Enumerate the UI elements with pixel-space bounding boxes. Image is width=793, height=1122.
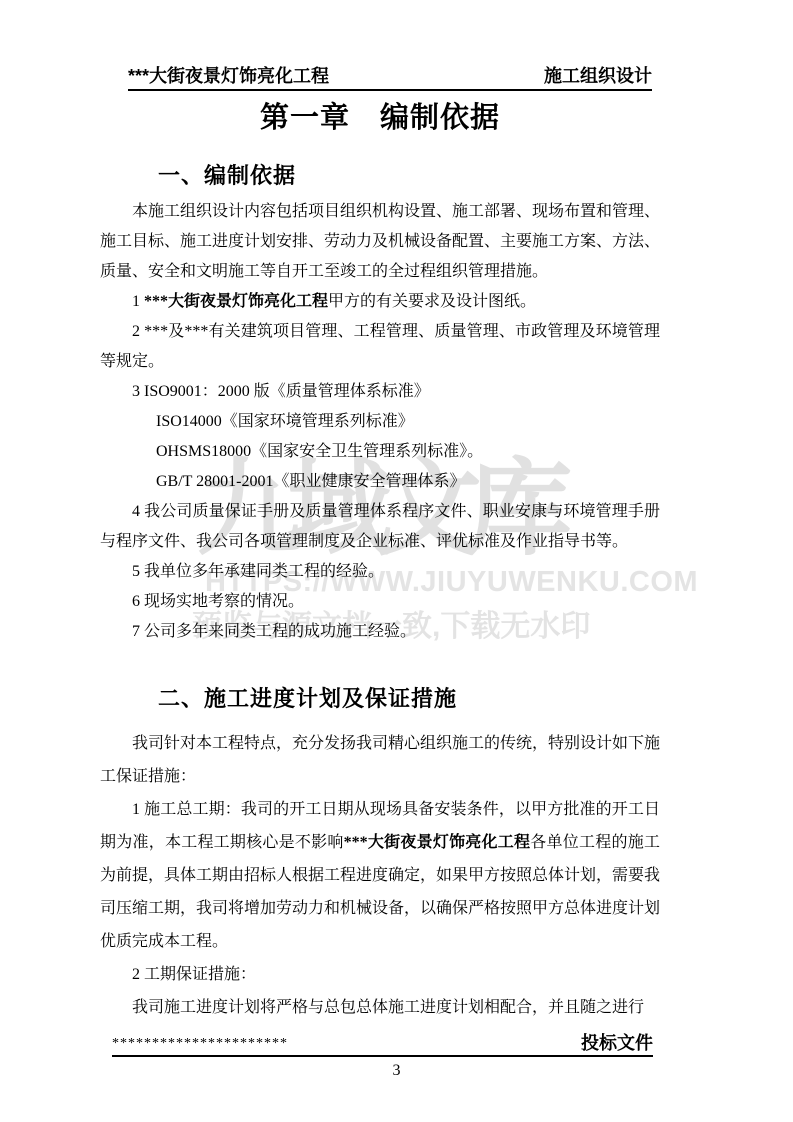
document-page: 九域文库 HTTPS://WWW.JIUYUWENKU.COM 预览与源文档一致… xyxy=(0,0,793,1122)
paragraph-item3-sub1: ISO14000《国家环境管理系列标准》 xyxy=(100,407,660,437)
item1-project-name: ***大街夜景灯饰亮化工程 xyxy=(144,293,328,310)
page-number: 3 xyxy=(0,1062,793,1080)
paragraph-item3: 3 ISO9001：2000 版《质量管理体系标准》 xyxy=(100,377,660,407)
section2-heading: 二、施工进度计划及保证措施 xyxy=(158,685,457,713)
s2-item1-text-after: 各单位工程的施工为前提，具体工期由招标人根据工程进度确定，如果甲方按照总体计划，… xyxy=(100,834,660,950)
paragraph-item2: 2 ***及***有关建筑项目管理、工程管理、质量管理、市政管理及环境管理等规定… xyxy=(100,317,660,377)
paragraph-item5: 5 我单位多年承建同类工程的经验。 xyxy=(100,557,660,587)
footer-asterisks: ********************** xyxy=(112,1035,288,1053)
header-doc-type: 施工组织设计 xyxy=(544,66,652,86)
item1-number: 1 xyxy=(132,293,144,310)
paragraph-item4: 4 我公司质量保证手册及质量管理体系程序文件、职业安康与环境管理手册与程序文件、… xyxy=(100,497,660,557)
section1-heading: 一、编制依据 xyxy=(158,162,296,190)
section2-body: 我司针对本工程特点，充分发扬我司精心组织施工的传统，特别设计如下施工保证措施： … xyxy=(100,727,660,1024)
chapter-title: 第一章 编制依据 xyxy=(100,99,660,137)
page-header: ***大街夜景灯饰亮化工程 施工组织设计 xyxy=(128,66,652,91)
header-project-name: ***大街夜景灯饰亮化工程 xyxy=(128,66,329,86)
paragraph-s2-intro: 我司针对本工程特点，充分发扬我司精心组织施工的传统，特别设计如下施工保证措施： xyxy=(100,727,660,793)
paragraph-s2-item2: 2 工期保证措施： xyxy=(100,958,660,991)
paragraph-s2-para3: 我司施工进度计划将严格与总包总体施工进度计划相配合，并且随之进行 xyxy=(100,991,660,1024)
paragraph-intro: 本施工组织设计内容包括项目组织机构设置、施工部署、现场布置和管理、施工目标、施工… xyxy=(100,197,660,287)
paragraph-item6: 6 现场实地考察的情况。 xyxy=(100,587,660,617)
footer-doc-type: 投标文件 xyxy=(581,1033,653,1053)
paragraph-item7: 7 公司多年来同类工程的成功施工经验。 xyxy=(100,617,660,647)
paragraph-s2-item1: 1 施工总工期：我司的开工日期从现场具备安装条件，以甲方批准的开工日期为准，本工… xyxy=(100,793,660,958)
s2-item1-project-name: ***大街夜景灯饰亮化工程 xyxy=(344,834,531,851)
section1-body: 本施工组织设计内容包括项目组织机构设置、施工部署、现场布置和管理、施工目标、施工… xyxy=(100,197,660,647)
item1-text: 甲方的有关要求及设计图纸。 xyxy=(328,293,536,310)
paragraph-item3-sub3: GB/T 28001-2001《职业健康安全管理体系》 xyxy=(100,467,660,497)
paragraph-item1: 1 ***大街夜景灯饰亮化工程甲方的有关要求及设计图纸。 xyxy=(100,287,660,317)
page-footer: ********************** 投标文件 xyxy=(112,1033,653,1057)
paragraph-item3-sub2: OHSMS18000《国家安全卫生管理系列标准》。 xyxy=(100,437,660,467)
